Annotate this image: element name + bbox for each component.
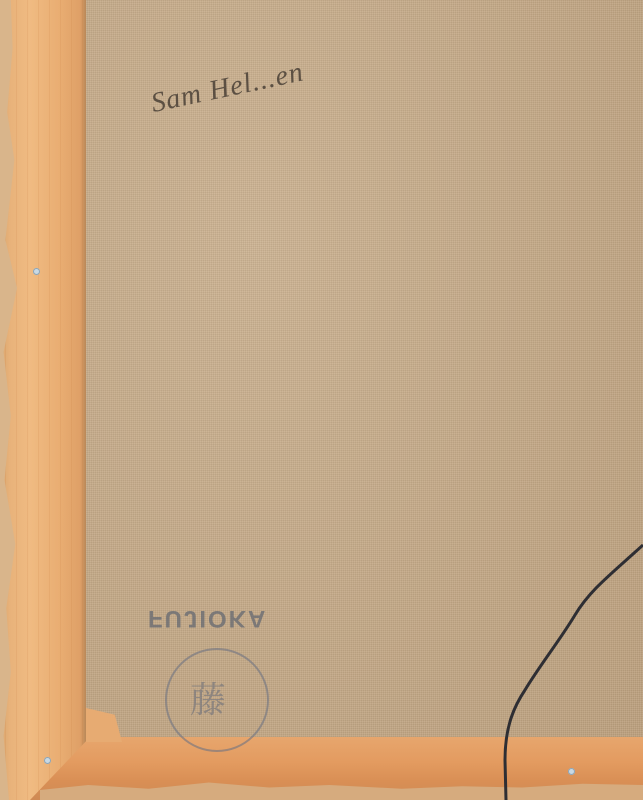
- hanging-wire: [0, 0, 643, 800]
